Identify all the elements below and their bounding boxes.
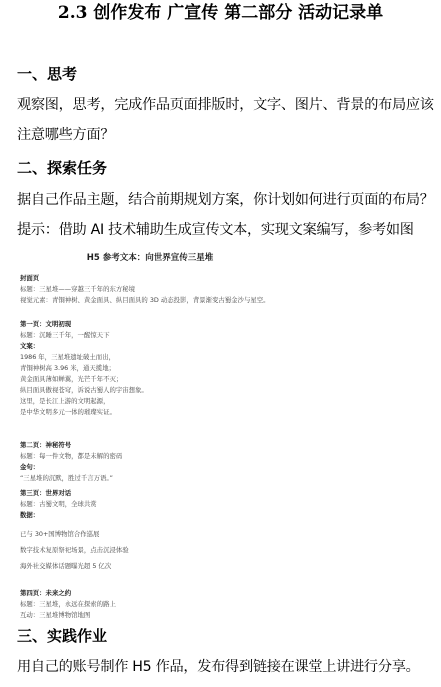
reference-line: 标题：三星堆——穿越三千年的东方秘境 [20, 284, 135, 294]
reference-line: 1986 年，三星堆遗址破土而出， [20, 352, 115, 362]
reference-line: 第二页：神秘符号 [20, 440, 71, 450]
reference-line: 纵目面具傲视苍穹，诉说古蜀人的宇宙想象。 [20, 385, 148, 395]
reference-line: 金句： [20, 462, 39, 472]
reference-line: 已与 30+国博物馆合作巡展 [20, 529, 99, 539]
section-heading-explore-task: 二、探索任务 [17, 158, 107, 178]
reference-line: 互动：三星堆博物馆地图 [20, 610, 90, 620]
reference-line: 青铜神树高 3.96 米，通天揽地； [20, 363, 115, 373]
section-paragraph: 观察图，思考，完成作品页面排版时，文字、图片、背景的布局应该 [17, 95, 434, 115]
reference-line: 标题：三星堆，永远在探索的路上 [20, 599, 116, 609]
reference-line: 海外社交媒体话题曝光超 5 亿次 [20, 561, 111, 571]
reference-line: 这里，是长江上游的文明起源， [20, 396, 109, 406]
reference-line: 第一页：文明初现 [20, 319, 71, 329]
reference-image: H5 参考文本：向世界宣传三星堆 封面页 标题：三星堆——穿越三千年的东方秘境 … [20, 245, 420, 625]
section-paragraph: 据自己作品主题，结合前期规划方案，你计划如何进行页面的布局？ [17, 190, 434, 210]
reference-title: H5 参考文本：向世界宣传三星堆 [20, 251, 280, 263]
page-title: 2.3 创作发布 广宣传 第二部分 活动记录单 [0, 2, 441, 24]
section-heading-think: 一、思考 [17, 64, 77, 84]
section-paragraph: 提示：借助 AI 技术辅助生成宣传文本，实现文案编写，参考如图 [17, 220, 414, 240]
reference-line: 第三页：世界对话 [20, 488, 71, 498]
reference-line: 视觉元素：青铜神树、黄金面具、纵目面具的 3D 动态投影，背景渐变古蜀金沙与星空… [20, 295, 270, 305]
reference-line: 文案： [20, 341, 39, 351]
reference-line: 标题：古蜀文明，全球共赏 [20, 499, 97, 509]
reference-line: 数据： [20, 510, 39, 520]
reference-line: 标题：每一件文物，都是未解的密码 [20, 451, 122, 461]
reference-line: “三星堆的沉默，胜过千言万语。” [20, 473, 113, 483]
section-heading-practice: 三、实践作业 [17, 626, 107, 646]
section-paragraph: 注意哪些方面？ [17, 125, 114, 145]
reference-line: 是中华文明多元一体的璀璨实证。 [20, 407, 116, 417]
section-paragraph: 用自己的账号制作 H5 作品，发布得到链接在课堂上讲进行分享。 [17, 657, 419, 677]
reference-line: 黄金面具薄如蝉翼，光芒千年不灭； [20, 374, 122, 384]
reference-line: 封面页 [20, 273, 39, 283]
reference-line: 第四页：未来之约 [20, 588, 71, 598]
reference-line: 标题：沉睡三千年，一醒惊天下 [20, 330, 109, 340]
reference-line: 数字技术复原祭祀场景，点击沉浸体验 [20, 545, 129, 555]
